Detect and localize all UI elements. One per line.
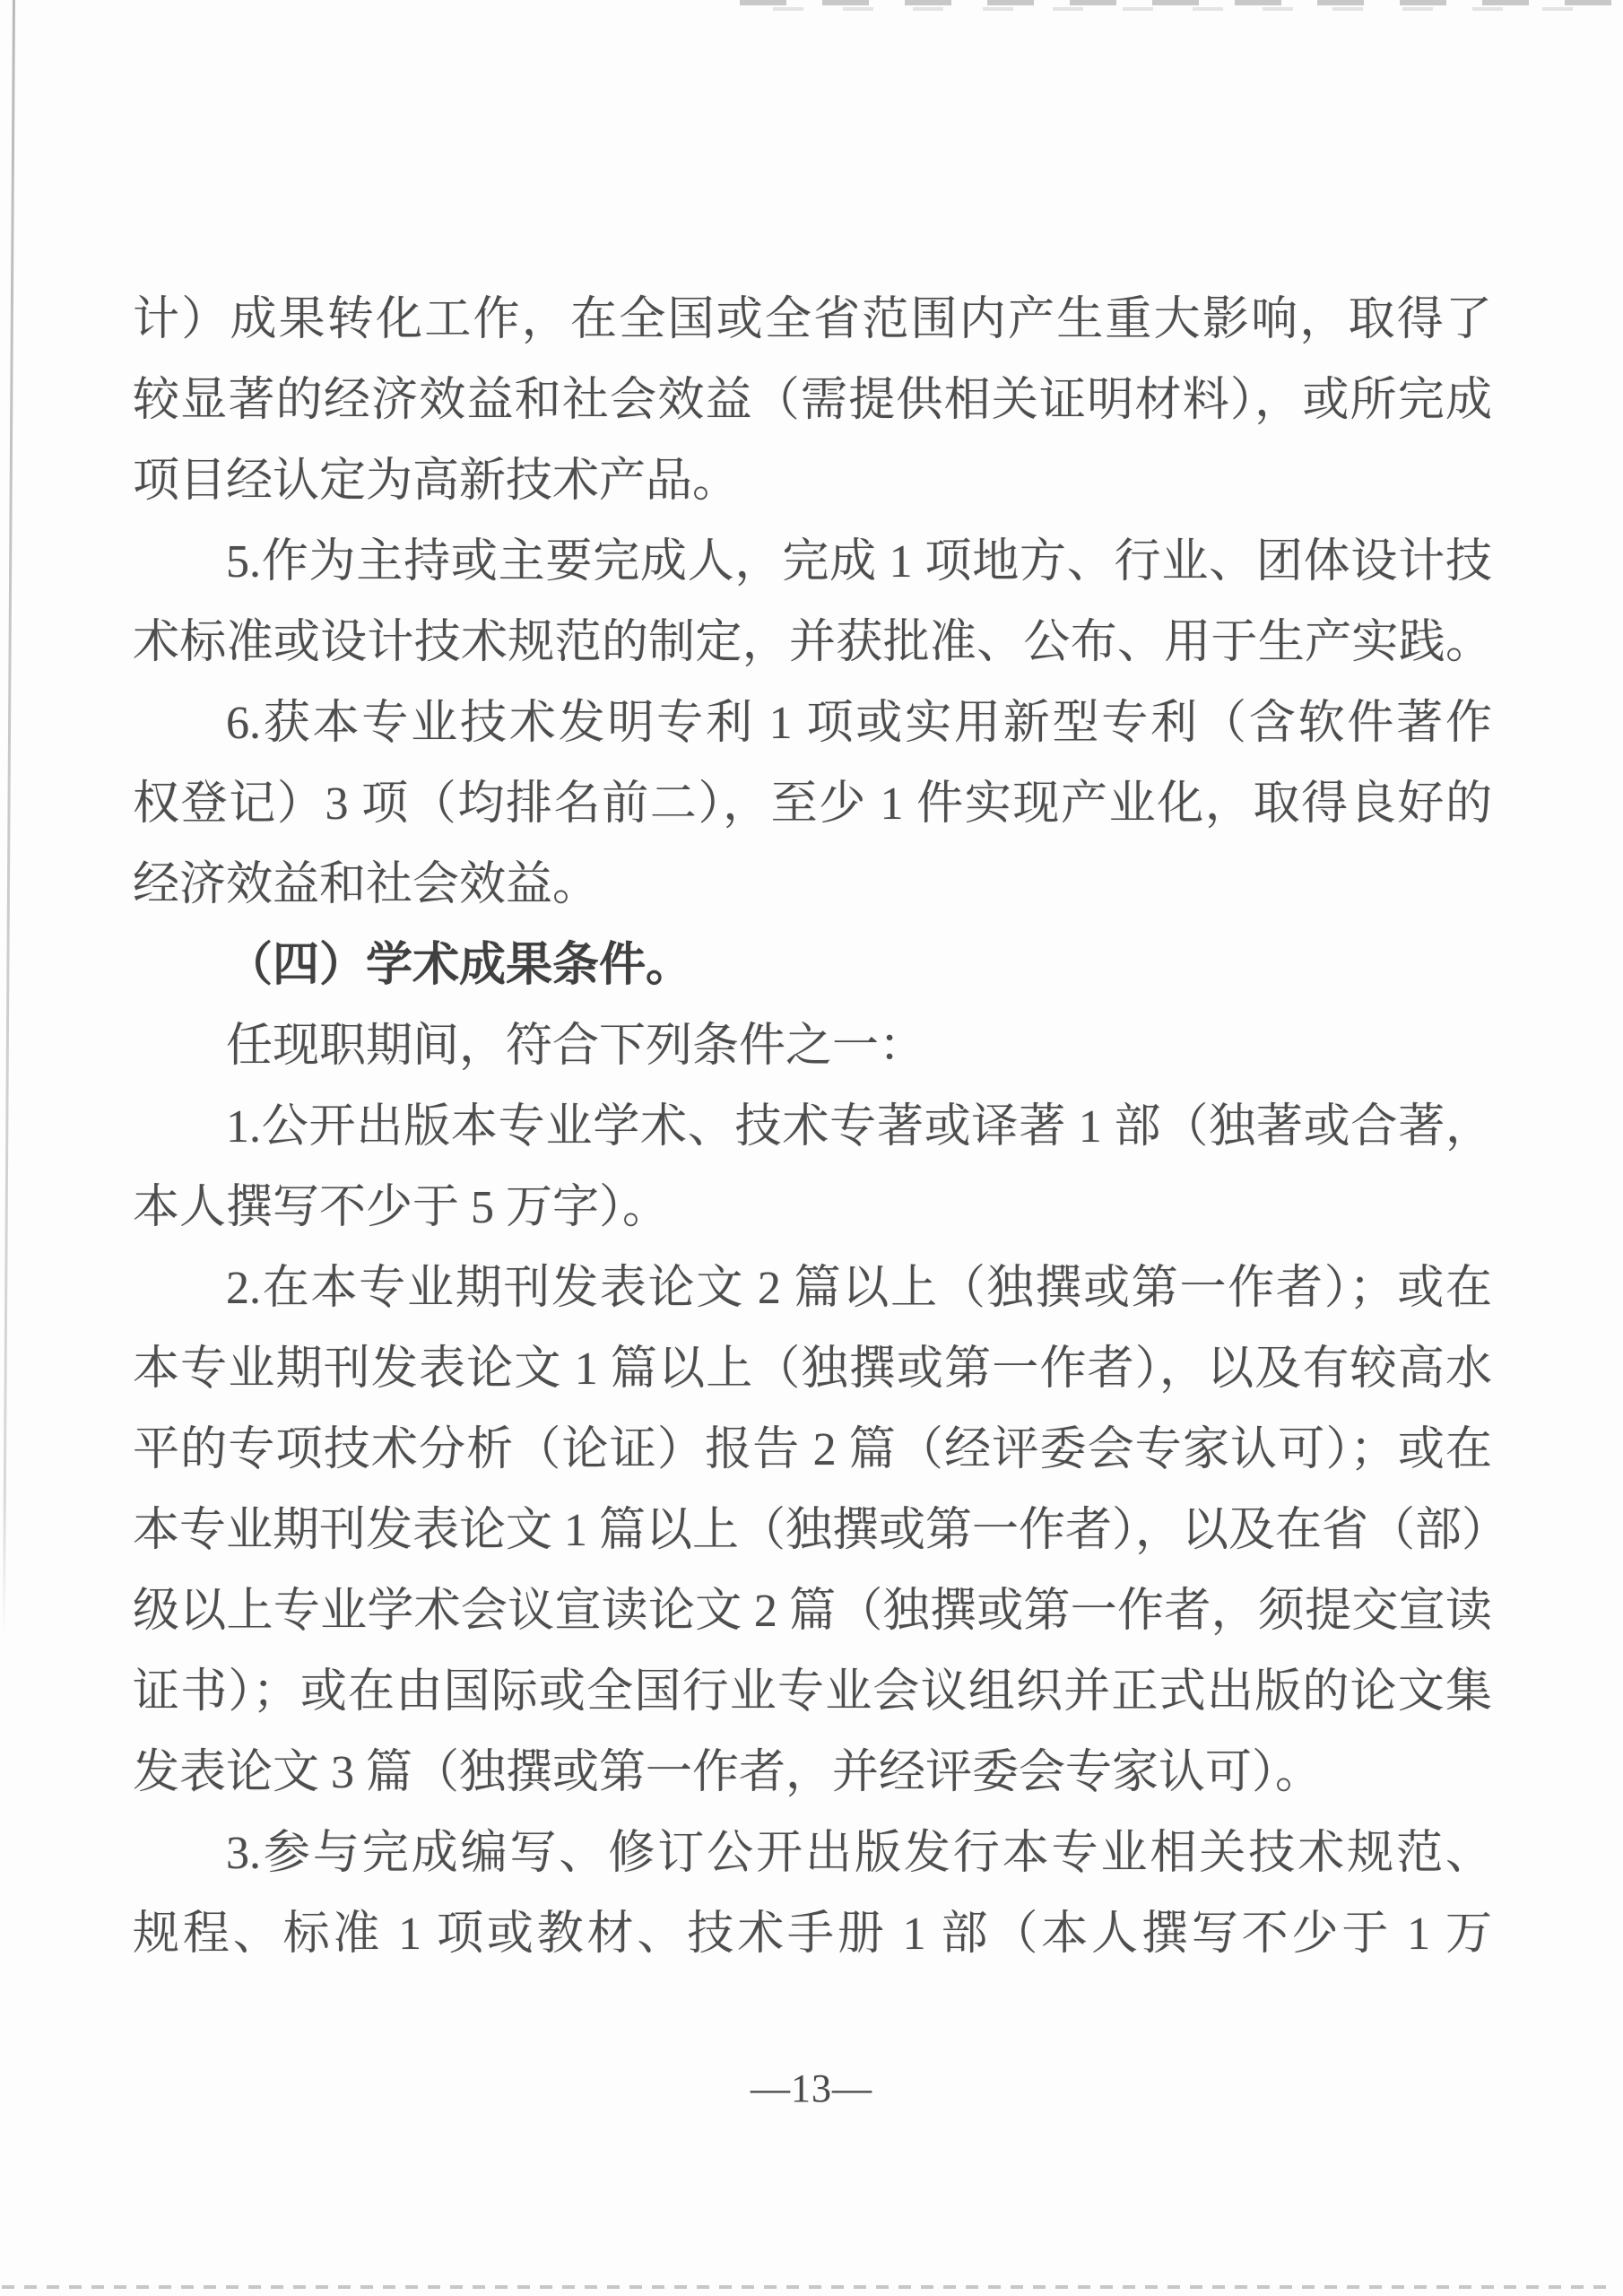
text-line: 本人撰写不少于 5 万字）。	[133, 1168, 1492, 1248]
text-line: 3.参与完成编写、修订公开出版发行本专业相关技术规范、	[133, 1813, 1492, 1894]
text-line: 较显著的经济效益和社会效益（需提供相关证明材料），或所完成	[133, 361, 1492, 441]
text-line: 术标准或设计技术规范的制定，并获批准、公布、用于生产实践。	[133, 603, 1492, 683]
text-line: 任现职期间，符合下列条件之一：	[133, 1006, 1492, 1087]
text-line: 发表论文 3 篇（独撰或第一作者，并经评委会专家认可）。	[133, 1733, 1492, 1813]
text-line: 计）成果转化工作，在全国或全省范围内产生重大影响，取得了	[133, 280, 1492, 361]
text-line: 本专业期刊发表论文 1 篇以上（独撰或第一作者），以及在省（部）	[133, 1491, 1492, 1571]
text-line: 平的专项技术分析（论证）报告 2 篇（经评委会专家认可）；或在	[133, 1410, 1492, 1491]
text-line: 证书）；或在由国际或全国行业专业会议组织并正式出版的论文集上	[133, 1652, 1492, 1733]
section-heading: （四）学术成果条件。	[133, 926, 1492, 1006]
text-line: 级以上专业学术会议宣读论文 2 篇（独撰或第一作者，须提交宣读	[133, 1571, 1492, 1652]
text-line: 规程、标准 1 项或教材、技术手册 1 部（本人撰写不少于 1 万字）。	[133, 1894, 1492, 1975]
scan-artifact-top-edge	[740, 0, 1620, 5]
text-line: 权登记）3 项（均排名前二），至少 1 件实现产业化，取得良好的	[133, 764, 1492, 845]
text-line: 5.作为主持或主要完成人，完成 1 项地方、行业、团体设计技	[133, 522, 1492, 603]
text-line: 6.获本专业技术发明专利 1 项或实用新型专利（含软件著作	[133, 683, 1492, 764]
scan-artifact-top-edge-2	[773, 7, 1598, 11]
text-line: 1.公开出版本专业学术、技术专著或译著 1 部（独著或合著，	[133, 1087, 1492, 1168]
scan-artifact-left-line	[3, 0, 15, 1634]
body-text: 计）成果转化工作，在全国或全省范围内产生重大影响，取得了 较显著的经济效益和社会…	[133, 280, 1492, 1975]
text-line: 本专业期刊发表论文 1 篇以上（独撰或第一作者），以及有较高水	[133, 1329, 1492, 1410]
page-number: —13—	[0, 2066, 1623, 2111]
text-line: 经济效益和社会效益。	[133, 845, 1492, 926]
text-line: 项目经认定为高新技术产品。	[133, 441, 1492, 522]
scan-artifact-bottom-dashes	[2, 2285, 1609, 2289]
document-page: 计）成果转化工作，在全国或全省范围内产生重大影响，取得了 较显著的经济效益和社会…	[0, 0, 1623, 2296]
text-line: 2.在本专业期刊发表论文 2 篇以上（独撰或第一作者）；或在	[133, 1248, 1492, 1329]
